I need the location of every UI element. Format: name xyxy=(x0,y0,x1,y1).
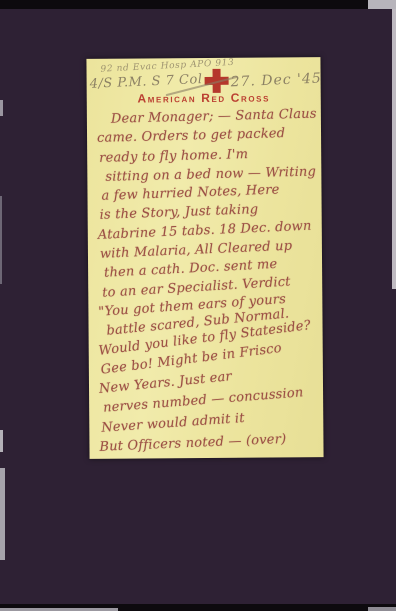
letter-body: Dear Monager; — Santa Clauscame. Orders … xyxy=(97,108,319,457)
scan-artifact xyxy=(368,607,396,611)
scan-artifact xyxy=(0,100,3,116)
scan-artifact xyxy=(0,196,2,284)
scan-artifact xyxy=(0,430,3,452)
letterhead-title: American Red Cross xyxy=(87,90,321,106)
scanned-letter-photo: 92 nd Evac Hosp APO 913 4/S P.M. S 7 Col… xyxy=(0,0,396,611)
scan-artifact xyxy=(0,468,5,560)
scan-top-edge xyxy=(0,0,396,9)
letter-paper: 92 nd Evac Hosp APO 913 4/S P.M. S 7 Col… xyxy=(86,57,323,459)
handwritten-date: 27. Dec '45 xyxy=(230,70,322,90)
scan-artifact xyxy=(368,0,396,9)
scan-artifact xyxy=(392,9,396,289)
